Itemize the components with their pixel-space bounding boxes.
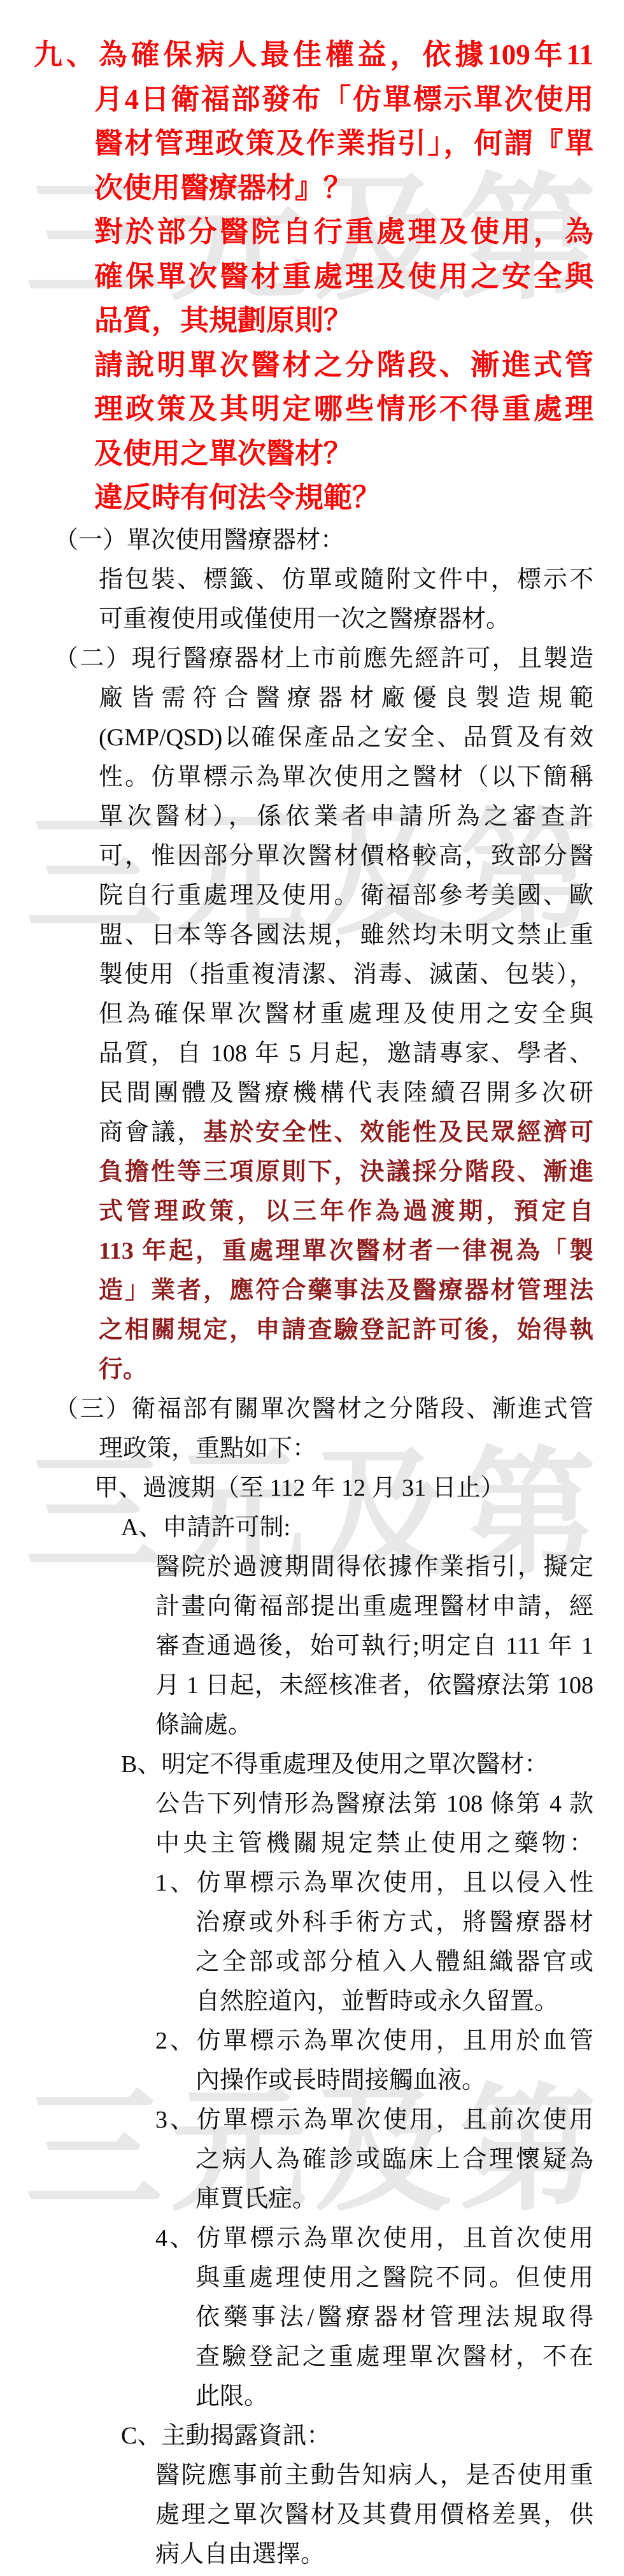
text-line: A、申請許可制: [0, 1508, 624, 1547]
text-line: 計畫向衛福部提出重處理醫材申請，經 [0, 1587, 624, 1626]
text-line: 依藥事法/醫療器材管理法規取得 [0, 2298, 624, 2337]
text-line: 品質，自 108 年 5 月起，邀請專家、學者、 [0, 1034, 624, 1073]
document-lines: 九、為確保病人最佳權益，依據109年11月4日衛福部發布「仿單標示單次使用醫材管… [0, 0, 624, 2574]
text-line: 1、仿單標示為單次使用，且以侵入性 [0, 1863, 624, 1903]
scanned-document-page: { "page": { "background": "#FFFFFF", "wi… [0, 0, 624, 2576]
text-line: （一）單次使用醫療器材： [0, 520, 624, 560]
text-line: 醫院於過渡期間得依據作業指引，擬定 [0, 1547, 624, 1587]
text-line: 月 1 日起，未經核准者，依醫療法第 108 [0, 1666, 624, 1705]
text-line: 審查通過後，始可執行;明定自 111 年 1 [0, 1626, 624, 1666]
text-line: 公告下列情形為醫療法第 108 條第 4 款 [0, 1784, 624, 1824]
text-line: 與重處理使用之醫院不同。但使用 [0, 2258, 624, 2298]
text-line: 指包裝、標籤、仿單或隨附文件中，標示不 [0, 560, 624, 599]
text-line: 4、仿單標示為單次使用，且首次使用 [0, 2219, 624, 2258]
text-line: 負擔性等三項原則下，決議採分階段、漸進 [0, 1152, 624, 1192]
text-line: 內操作或長時間接觸血液。 [0, 2061, 624, 2100]
text-segment: 商會議， [99, 1119, 203, 1146]
text-line: 中央主管機關規定禁止使用之藥物： [0, 1824, 624, 1863]
text-line: 113 年起，重處理單次醫材者一律視為「製 [0, 1231, 624, 1271]
text-line: 醫院應事前主動告知病人，是否使用重 [0, 2456, 624, 2495]
text-line: 單次醫材），係依業者申請所為之審查許 [0, 797, 624, 836]
text-line: 此限。 [0, 2377, 624, 2416]
text-line: 之相關規定，申請查驗登記許可後，始得執 [0, 1310, 624, 1350]
text-line: 廠皆需符合醫療器材廠優良製造規範 [0, 678, 624, 718]
text-line: 商會議，基於安全性、效能性及民眾經濟可 [0, 1113, 624, 1152]
text-line: 處理之單次醫材及其費用價格差異，供 [0, 2495, 624, 2535]
text-line: 對於部分醫院自行重處理及使用，為 [0, 210, 624, 255]
text-line: 治療或外科手術方式，將醫療器材 [0, 1903, 624, 1942]
text-line: 月4日衛福部發布「仿單標示單次使用 [0, 78, 624, 122]
text-line: 盟、日本等各國法規，雖然均未明文禁止重 [0, 915, 624, 955]
text-line: 製使用（指重複清潔、消毒、滅菌、包裝）， [0, 955, 624, 994]
text-line: 庫賈氏症。 [0, 2179, 624, 2219]
text-line: 理政策，重點如下： [0, 1429, 624, 1468]
text-line: 確保單次醫材重處理及使用之安全與 [0, 255, 624, 299]
text-line: （三）衛福部有關單次醫材之分階段、漸進式管 [0, 1389, 624, 1429]
text-line: 可，惟因部分單次醫材價格較高，致部分醫 [0, 836, 624, 876]
text-line: 行。 [0, 1350, 624, 1389]
text-line: 之病人為確診或臨床上合理懷疑為 [0, 2140, 624, 2179]
text-line: 可重複使用或僅使用一次之醫療器材。 [0, 599, 624, 639]
text-line: 理政策及其明定哪些情形不得重處理 [0, 387, 624, 432]
text-line: 自然腔道內，並暫時或永久留置。 [0, 1982, 624, 2021]
text-line: 九、為確保病人最佳權益，依據109年11 [0, 33, 624, 78]
text-line: 民間團體及醫療機構代表陸續召開多次研 [0, 1073, 624, 1113]
text-line: 違反時有何法令規範？ [0, 476, 624, 520]
text-line: 病人自由選擇。 [0, 2535, 624, 2574]
text-line: 但為確保單次醫材重處理及使用之安全與 [0, 994, 624, 1034]
text-line: 性。仿單標示為單次使用之醫材（以下簡稱 [0, 757, 624, 797]
text-line: C、主動揭露資訊： [0, 2416, 624, 2456]
text-line: (GMP/QSD)以確保產品之安全、品質及有效 [0, 718, 624, 757]
text-line: 條論處。 [0, 1705, 624, 1745]
text-line: （二）現行醫療器材上市前應先經許可，且製造 [0, 639, 624, 678]
text-line: 3、仿單標示為單次使用，且前次使用 [0, 2100, 624, 2140]
text-line: B、明定不得重處理及使用之單次醫材： [0, 1745, 624, 1784]
text-line: 造」業者，應符合藥事法及醫療器材管理法 [0, 1271, 624, 1310]
text-line: 2、仿單標示為單次使用，且用於血管 [0, 2021, 624, 2061]
text-line: 院自行重處理及使用。衛福部參考美國、歐 [0, 876, 624, 915]
text-line: 醫材管理政策及作業指引」，何謂『單 [0, 122, 624, 166]
text-line: 查驗登記之重處理單次醫材，不在 [0, 2337, 624, 2377]
text-line: 次使用醫療器材』？ [0, 166, 624, 211]
text-line: 式管理政策，以三年作為過渡期，預定自 [0, 1192, 624, 1231]
text-line: 甲、過渡期（至 112 年 12 月 31 日止） [0, 1468, 624, 1508]
text-line: 請說明單次醫材之分階段、漸進式管 [0, 343, 624, 388]
text-segment: 基於安全性、效能性及民眾經濟可 [203, 1119, 593, 1146]
text-line: 及使用之單次醫材？ [0, 432, 624, 476]
text-line: 之全部或部分植入人體組織器官或 [0, 1942, 624, 1982]
text-line: 品質，其規劃原則？ [0, 299, 624, 343]
